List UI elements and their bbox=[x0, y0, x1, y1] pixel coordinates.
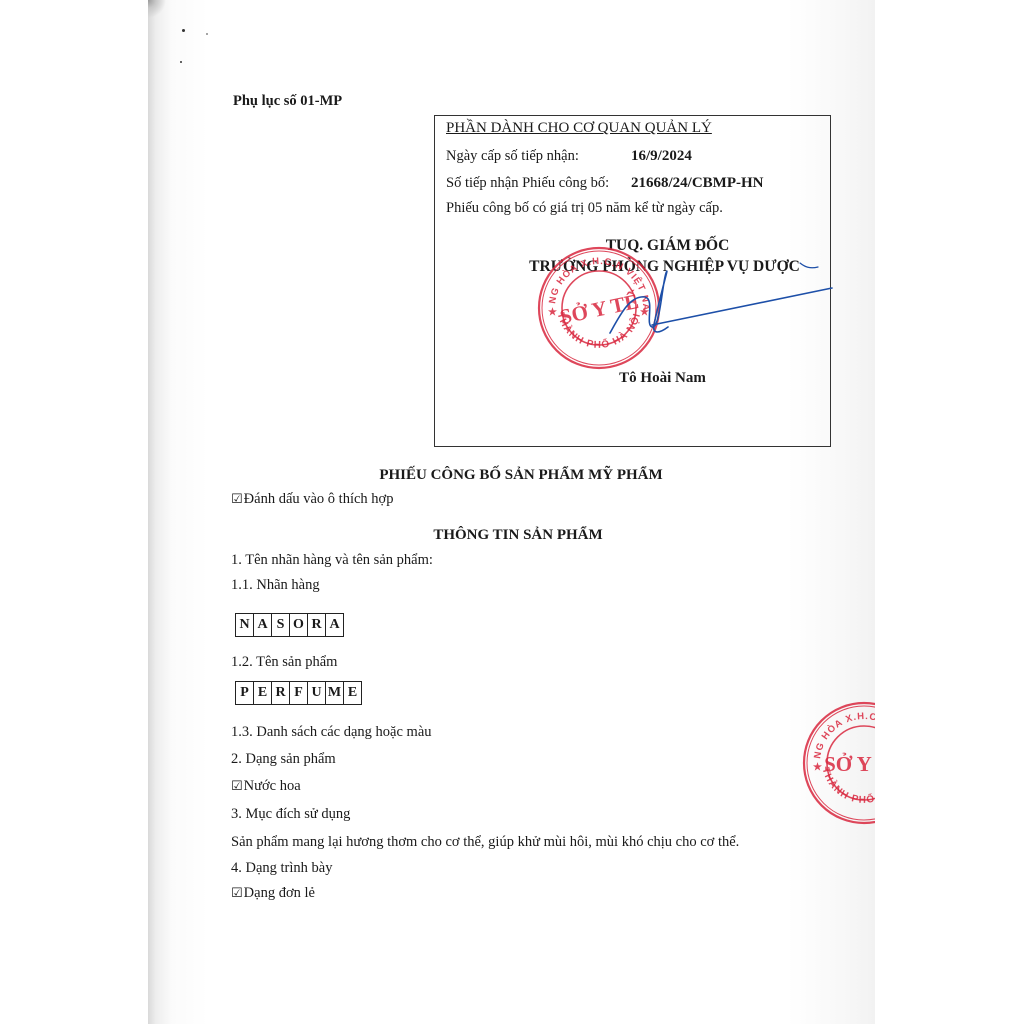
svg-text:★: ★ bbox=[813, 762, 822, 773]
receipt-number-row: Số tiếp nhận Phiếu công bố: 21668/24/CBM… bbox=[446, 175, 609, 192]
admin-section-heading: PHẦN DÀNH CHO CƠ QUAN QUẢN LÝ bbox=[446, 120, 712, 137]
brand-letter-box: R bbox=[308, 614, 326, 636]
edge-stamp-clip: CỘNG HÒA X.H.C.N VIỆT NAM THÀNH PHỐ HÀ N… bbox=[801, 695, 875, 835]
receipt-number-value: 21668/24/CBMP-HN bbox=[631, 175, 764, 192]
validity-note: Phiếu công bố có giá trị 05 năm kể từ ng… bbox=[446, 200, 723, 217]
checkbox-checked-icon: ☑ bbox=[231, 886, 243, 901]
item-purpose-label: 3. Mục đích sử dụng bbox=[231, 806, 350, 823]
issue-date-value: 16/9/2024 bbox=[631, 148, 692, 165]
scan-speck bbox=[182, 29, 185, 32]
product-letter-box: P bbox=[236, 682, 254, 704]
item-presentation-label: 4. Dạng trình bày bbox=[231, 860, 332, 877]
product-letter-box: U bbox=[308, 682, 326, 704]
product-form-value: Nước hoa bbox=[244, 778, 301, 794]
signature-icon bbox=[600, 255, 840, 345]
appendix-label: Phụ lục số 01-MP bbox=[233, 93, 342, 110]
brand-letter-box: S bbox=[272, 614, 290, 636]
svg-text:★: ★ bbox=[548, 307, 557, 318]
product-letter-boxes: PERFUME bbox=[235, 681, 362, 705]
check-instruction: ☑Đánh dấu vào ô thích hợp bbox=[231, 491, 393, 508]
signer-name: Tô Hoài Nam bbox=[435, 370, 830, 387]
item-variants-label: 1.3. Danh sách các dạng hoặc màu bbox=[231, 724, 432, 741]
item-product-name-label: 1.2. Tên sản phẩm bbox=[231, 654, 337, 671]
brand-letter-box: A bbox=[326, 614, 343, 636]
product-letter-box: E bbox=[254, 682, 272, 704]
form-title: PHIẾU CÔNG BỐ SẢN PHẨM MỸ PHẨM bbox=[0, 467, 1024, 484]
scan-speck bbox=[180, 61, 182, 63]
svg-text:SỞ Y TẾ: SỞ Y TẾ bbox=[824, 752, 875, 776]
checkbox-checked-icon: ☑ bbox=[231, 492, 243, 507]
brand-letter-boxes: NASORA bbox=[235, 613, 344, 637]
purpose-text: Sản phẩm mang lại hương thơm cho cơ thể,… bbox=[231, 834, 739, 851]
brand-letter-box: A bbox=[254, 614, 272, 636]
checkbox-checked-icon: ☑ bbox=[231, 779, 243, 794]
brand-letter-box: N bbox=[236, 614, 254, 636]
product-letter-box: E bbox=[344, 682, 361, 704]
item-brand-label: 1.1. Nhãn hàng bbox=[231, 577, 320, 594]
product-letter-box: R bbox=[272, 682, 290, 704]
brand-letter-box: O bbox=[290, 614, 308, 636]
official-stamp-partial-icon: CỘNG HÒA X.H.C.N VIỆT NAM THÀNH PHỐ HÀ N… bbox=[801, 700, 875, 826]
issue-date-row: Ngày cấp số tiếp nhận: 16/9/2024 bbox=[446, 148, 579, 165]
receipt-number-label: Số tiếp nhận Phiếu công bố: bbox=[446, 175, 609, 191]
scan-speck bbox=[206, 33, 208, 35]
presentation-value: Dạng đơn lẻ bbox=[244, 885, 315, 901]
item-brand-and-name: 1. Tên nhãn hàng và tên sản phẩm: bbox=[231, 552, 433, 569]
issue-date-label: Ngày cấp số tiếp nhận: bbox=[446, 148, 579, 164]
item-product-form-label: 2. Dạng sản phẩm bbox=[231, 751, 336, 768]
product-form-option: ☑Nước hoa bbox=[231, 778, 301, 795]
check-instruction-text: Đánh dấu vào ô thích hợp bbox=[244, 491, 394, 507]
presentation-option: ☑Dạng đơn lẻ bbox=[231, 885, 315, 902]
page-corner-shadow bbox=[148, 0, 168, 20]
product-letter-box: M bbox=[326, 682, 344, 704]
product-letter-box: F bbox=[290, 682, 308, 704]
section-title: THÔNG TIN SẢN PHẨM bbox=[0, 527, 1024, 544]
